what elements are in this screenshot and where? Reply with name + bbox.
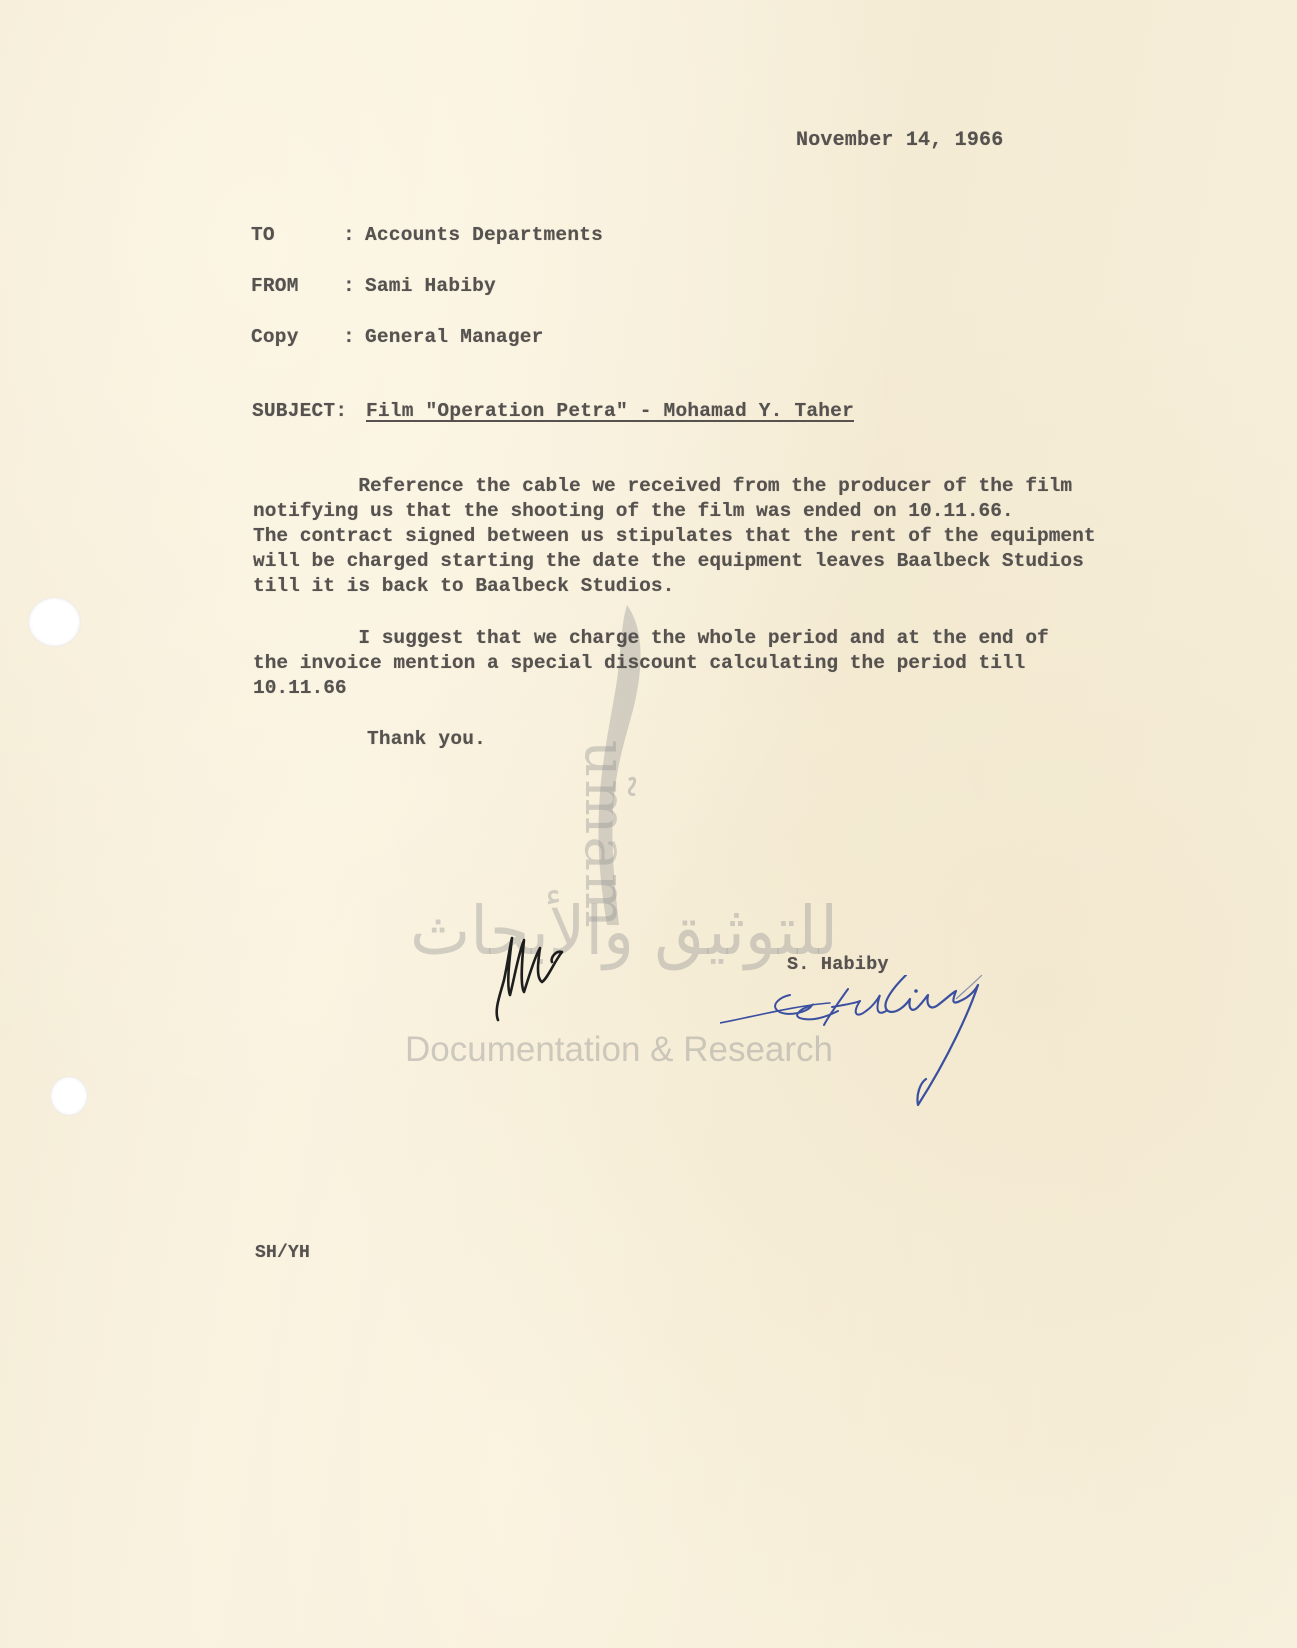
body-line: I suggest that we charge the whole perio… [253,626,1183,651]
header-from-colon: : [343,275,355,297]
punch-hole [50,1076,88,1116]
header-from-value: Sami Habiby [365,275,496,297]
watermark-logo-text: umam [572,740,640,930]
watermark: umam للتوثيق والأبحاث Documentation & Re… [0,0,1297,1648]
body-paragraph-2: I suggest that we charge the whole perio… [253,626,1183,701]
body-line: notifying us that the shooting of the fi… [253,499,1183,524]
watermark-arabic-text: للتوثيق والأبحاث [410,893,838,971]
body-line: will be charged starting the date the eq… [253,549,1183,574]
header-to-value: Accounts Departments [365,224,603,246]
body-line: the invoice mention a special discount c… [253,651,1183,676]
subject-label: SUBJECT: [252,400,347,422]
punch-hole [28,597,81,647]
header-copy-label: Copy [251,326,299,348]
header-copy-value: General Manager [365,326,544,348]
closing-text: Thank you. [367,728,486,750]
signature-typed-name: S. Habiby [787,954,889,975]
memo-page: umam للتوثيق والأبحاث Documentation & Re… [0,0,1297,1648]
body-paragraph-1: Reference the cable we received from the… [253,474,1183,599]
handwritten-initials-icon [490,900,580,1030]
header-copy-colon: : [343,326,355,348]
header-from-label: FROM [251,275,299,297]
handwritten-signature-icon [720,975,1040,1115]
header-to-label: TO [251,224,275,246]
body-line: 10.11.66 [253,676,1183,701]
body-line: Reference the cable we received from the… [253,474,1183,499]
subject-value: Film "Operation Petra" - Mohamad Y. Tahe… [366,400,854,422]
reference-initials: SH/YH [255,1243,310,1263]
header-to-colon: : [343,224,355,246]
memo-date: November 14, 1966 [796,129,1003,152]
body-line: The contract signed between us stipulate… [253,524,1183,549]
body-line: till it is back to Baalbeck Studios. [253,574,1183,599]
